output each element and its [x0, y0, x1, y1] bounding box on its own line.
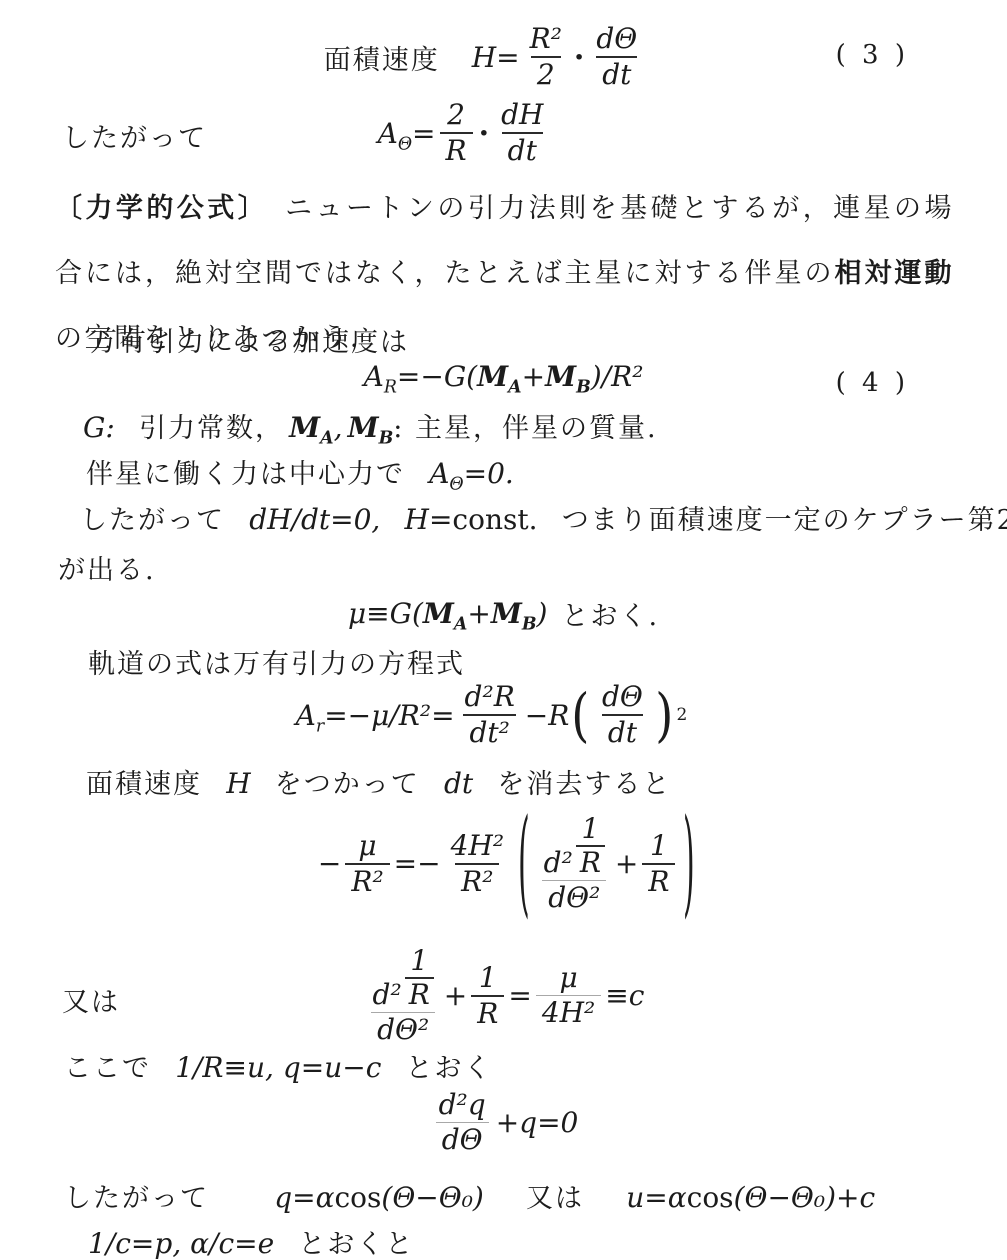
line-final-substitution: 1/c=p, α/c=e とおくと — [88, 1222, 414, 1260]
fraction-1-over-r: 1 R — [471, 961, 504, 1031]
line-central-force: 伴星に働く力は中心力で AΘ=0. — [86, 452, 514, 491]
plus-q-zero: +q=0 — [496, 1106, 579, 1139]
koko-text-1: ここで — [64, 1053, 151, 1084]
ar-mid: =−μ/R²= — [324, 699, 454, 732]
bold-relative-motion: 相対運動 — [835, 258, 955, 289]
final-text: とおくと — [298, 1229, 414, 1260]
equation-a-r: Ar =−μ/R²= d²R dt² −R ( dΘ dt )2 — [0, 680, 995, 750]
line-solution: したがって q=αcos(Θ−Θ₀) 又は u=αcos(Θ−Θ₀)+c — [64, 1176, 875, 1215]
close-paren: ) — [537, 597, 548, 630]
equation-mu-definition: μ≡G( MA + MB ) とおく. — [0, 594, 1007, 633]
comma: , — [334, 411, 343, 444]
mass-a: MA — [423, 597, 467, 630]
a-r-base: Ar — [296, 699, 325, 732]
equation-harmonic: d²q dΘ +q=0 — [0, 1088, 1007, 1157]
fraction-1-over-r: 1R — [576, 813, 605, 879]
mass-b: MB — [348, 411, 394, 444]
equation-number-4: ( 4 ) — [836, 368, 909, 398]
solution-lead: したがって — [64, 1183, 209, 1214]
dhdt-zero: dH/dt=0, — [249, 503, 380, 536]
fraction-d2-invr-dtheta2: d²1R dΘ² — [538, 812, 611, 916]
equation-big-nested: − μ R² =− 4H² R² ( d²1R dΘ² + 1 R ) — [5, 812, 1007, 916]
eq3-lhs: H= — [472, 41, 520, 74]
fraction-2-over-r: 2 R — [440, 98, 473, 168]
fraction-1-over-r: 1R — [405, 945, 434, 1011]
h-symbol: H — [226, 767, 250, 800]
u-q-definition: 1/R≡u, q=u−c — [175, 1051, 381, 1084]
equiv-c: ≡c — [605, 979, 644, 1012]
kepler-lead: したがって — [80, 505, 225, 536]
fraction-d2q-dtheta: d²q dΘ — [433, 1088, 492, 1157]
cdot: · — [574, 40, 584, 75]
minus-sign: − — [318, 847, 341, 880]
fraction-mu-4h2: μ 4H² — [536, 961, 601, 1030]
kepler-text: つまり面積速度一定のケプラー第2法則 — [562, 505, 1007, 536]
plus-sign: + — [522, 360, 545, 393]
fraction-mu-r2: μ R² — [345, 829, 389, 899]
mass-a: MA — [477, 360, 521, 393]
equals-sign: = — [508, 979, 531, 1012]
fraction-d2-invr-dtheta2: d²1R dΘ² — [367, 944, 440, 1048]
eq4-mid: =−G( — [397, 360, 477, 393]
central-force-text: 伴星に働く力は中心力で — [86, 459, 405, 490]
squared-sup: 2 — [677, 705, 688, 725]
line-g-definition: G: 引力常数， MA, MB: 主星，伴星の質量. — [83, 406, 658, 445]
mata-wa-inline: 又は — [526, 1183, 584, 1214]
line-ga-deru: が出る. — [58, 548, 156, 587]
line-kepler-law: したがって dH/dt=0, H=const. つまり面積速度一定のケプラー第2… — [80, 498, 1007, 537]
eliminate-text-2: をつかって — [275, 769, 420, 800]
fraction-dtheta-over-dt: dΘ dt — [590, 22, 643, 92]
a-theta-zero: AΘ=0. — [429, 457, 514, 490]
q-solution: q=αcos(Θ−Θ₀) — [274, 1181, 484, 1214]
equation-number-3: ( 3 ) — [836, 40, 909, 70]
u-solution: u=αcos(Θ−Θ₀)+c — [626, 1181, 875, 1214]
g-text-1: 引力常数， — [139, 413, 284, 444]
fraction-dh-over-dt: dH dt — [495, 98, 549, 168]
minus-r: −R — [525, 699, 570, 732]
fraction-dtheta-dt: dΘ dt — [596, 680, 649, 750]
heading-mechanical-formula: 〔力学的公式〕 — [55, 193, 255, 224]
p-e-definition: 1/c=p, α/c=e — [88, 1227, 274, 1260]
mass-b: MB — [491, 597, 537, 630]
a-r-base: AR — [364, 360, 397, 393]
eliminate-text-1: 面積速度 — [86, 769, 202, 800]
textbook-page: 面積速度 H= R² 2 · dΘ dt ( 3 ) したがって AΘ= 2 R… — [0, 0, 1007, 1260]
eq4-post: )/R² — [591, 360, 644, 393]
cdot: · — [479, 116, 489, 151]
mu-post: とおく. — [561, 594, 659, 633]
h-const: H=const. — [405, 503, 538, 536]
plus-sign: + — [467, 597, 490, 630]
dt-symbol: dt — [444, 767, 473, 800]
plus-sign: + — [444, 979, 467, 1012]
koko-text-2: とおく — [406, 1053, 493, 1084]
line-eliminate-dt: 面積速度 H をつかって dt を消去すると — [86, 762, 671, 801]
eq3-label: 面積速度 — [324, 38, 440, 77]
line-substitution: ここで 1/R≡u, q=u−c とおく — [64, 1046, 493, 1085]
mu-pre: μ≡G( — [348, 597, 423, 630]
plus-sign: + — [615, 847, 638, 880]
mass-a: MA — [289, 411, 333, 444]
g-text-2: : 主星，伴星の質量. — [393, 413, 657, 444]
eliminate-text-3: を消去すると — [497, 769, 671, 800]
fraction-4h2-r2: 4H² R² — [445, 829, 510, 899]
mass-b: MB — [545, 360, 591, 393]
equation-a-theta: AΘ= 2 R · dH dt — [0, 98, 969, 168]
line-gravity-acceleration: 万有引力による加速度は — [90, 320, 409, 359]
equation-c-definition: d²1R dΘ² + 1 R = μ 4H² ≡c — [0, 944, 1007, 1048]
fraction-r2-over-2: R² 2 — [524, 22, 568, 92]
line-orbit-equation: 軌道の式は万有引力の方程式 — [88, 642, 465, 681]
a-theta-base: AΘ= — [378, 117, 436, 150]
fraction-d2r-dt2: d²R dt² — [459, 680, 521, 750]
equals-minus: =− — [394, 847, 441, 880]
g-symbol: G: — [83, 411, 115, 444]
fraction-1-over-r: 1 R — [642, 829, 675, 899]
